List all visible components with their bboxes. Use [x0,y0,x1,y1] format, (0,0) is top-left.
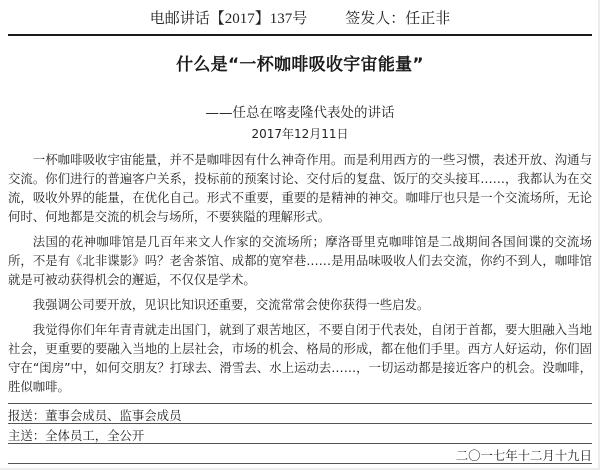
paragraph: 一杯咖啡吸收宇宙能量，并不是咖啡因有什么神奇作用。而是利用西方的一些习惯，表述开… [8,150,592,226]
document-page: 电邮讲话【2017】137号签发人：任正非 什么是“一杯咖啡吸收宇宙能量” ——… [0,0,600,470]
footer-divider [8,443,592,444]
paragraph: 法国的花神咖啡馆是几百年来文人作家的交流场所；摩洛哥里克咖啡馆是二战期间各国间谍… [8,232,592,289]
document-title: 什么是“一杯咖啡吸收宇宙能量” [0,50,600,75]
paragraph: 我强调公司要开放，见识比知识还重要，交流常常会使你获得一些启发。 [8,295,592,314]
document-header: 电邮讲话【2017】137号签发人：任正非 [0,7,600,28]
report-to: 报送：董事会成员、监事会成员 [8,406,592,424]
footer-divider [8,403,592,404]
document-subtitle: ——任总在喀麦隆代表处的讲话 [0,101,600,121]
issue-date: 二〇一七年十二月十九日 [8,446,592,464]
speech-date: 2017年12月11日 [0,125,600,142]
document-body: 一杯咖啡吸收宇宙能量，并不是咖啡因有什么神奇作用。而是利用西方的一些习惯，表述开… [8,150,592,402]
document-number: 电邮讲话【2017】137号 [150,11,308,27]
paragraph: 我觉得你们年年青青就走出国门，就到了艰苦地区，不要自闭于代表处，自闭于首都，要大… [8,320,592,396]
footer-divider [8,463,592,464]
issuer: 签发人：任正非 [345,11,450,27]
header-divider [8,34,592,36]
footer-divider [8,423,592,424]
send-to: 主送：全体员工，全公开 [8,426,592,444]
